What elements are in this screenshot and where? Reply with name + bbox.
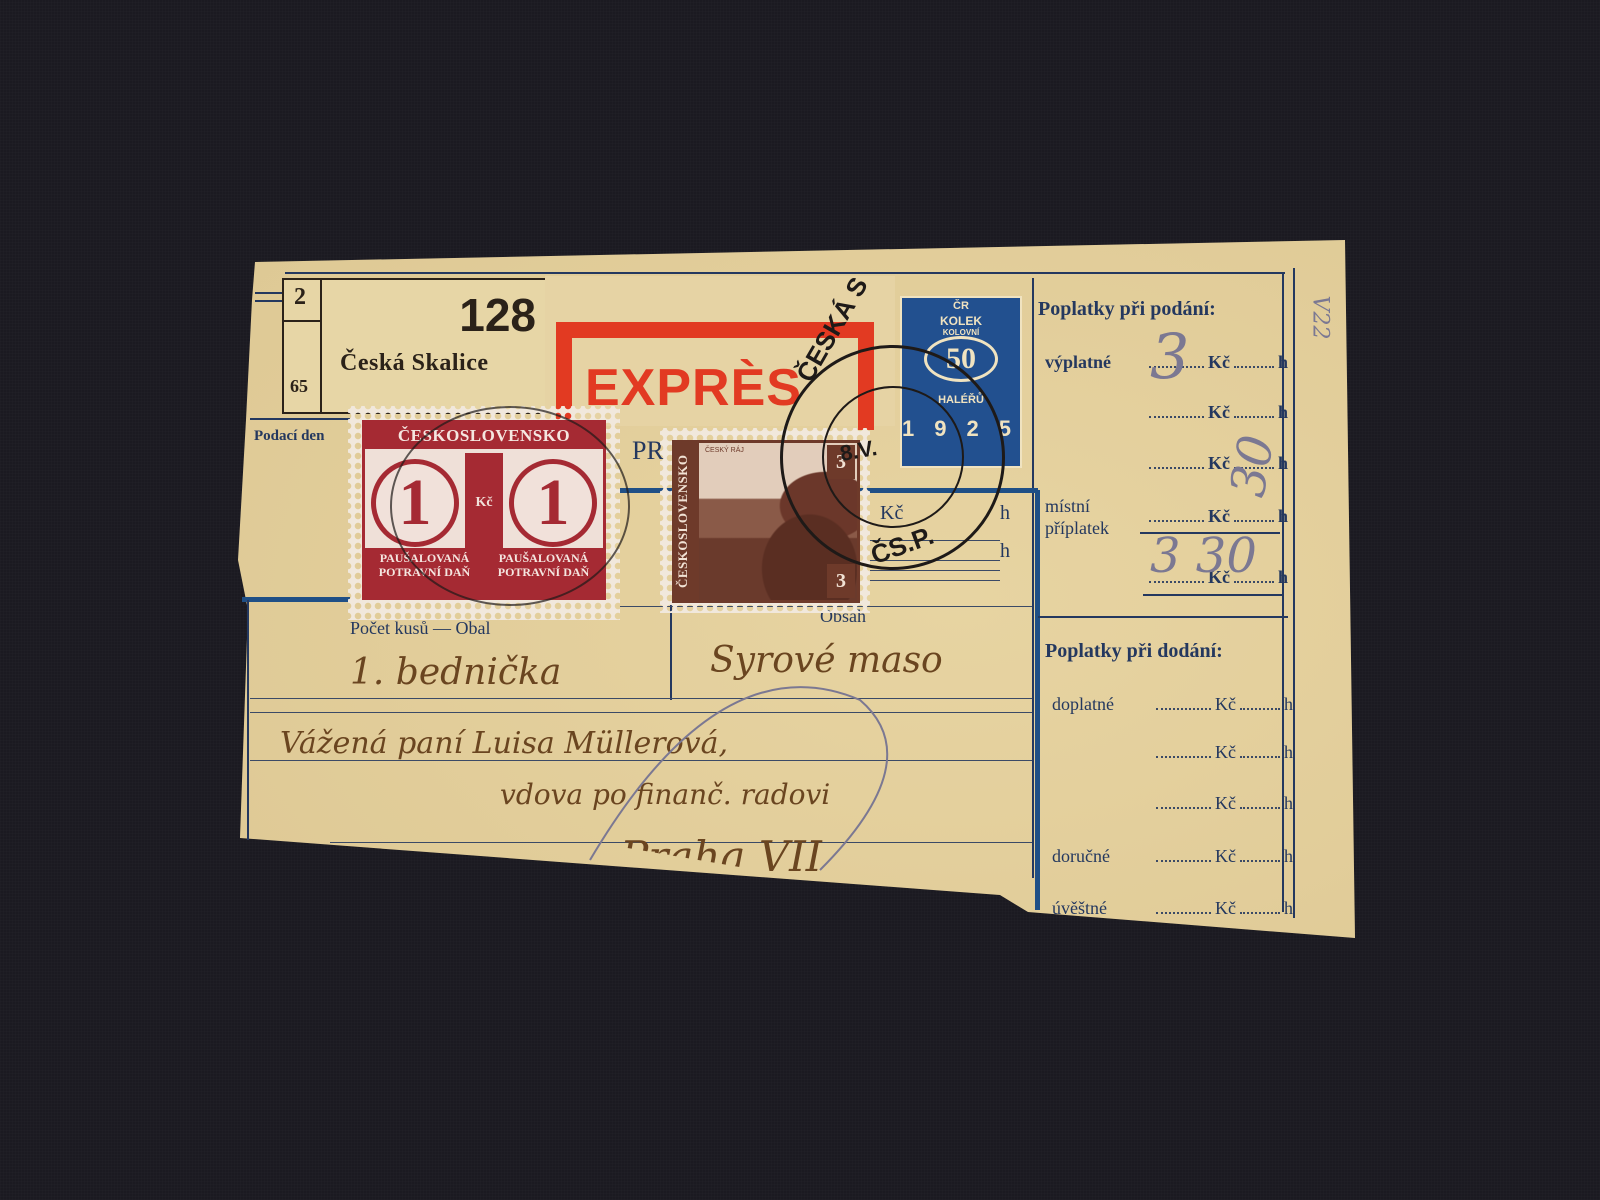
pencil-stroke xyxy=(0,0,1600,1200)
parcel-card: 2 65 128 Česká Skalice EXPRÈS Podací den… xyxy=(0,0,1600,1200)
